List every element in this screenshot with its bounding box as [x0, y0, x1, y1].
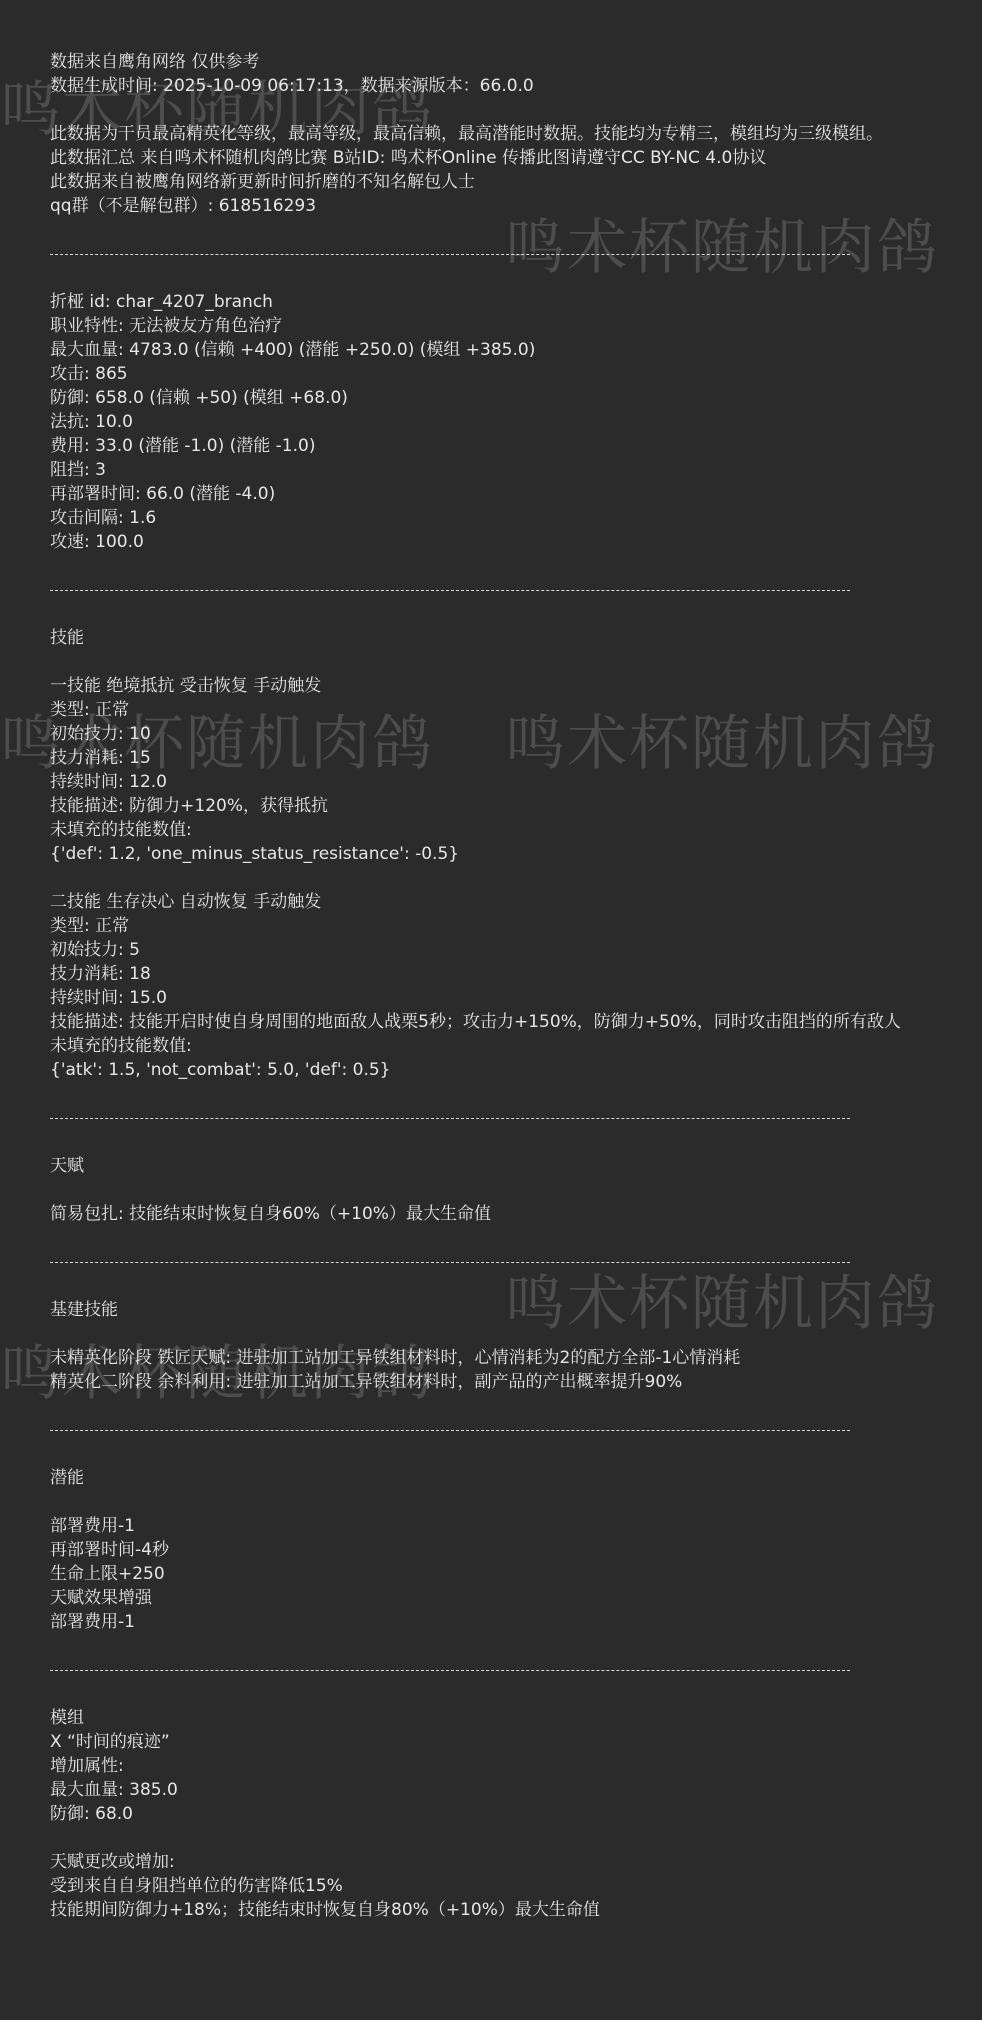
spacer [50, 98, 930, 122]
separator [50, 1106, 930, 1130]
talent-item: 简易包扎: 技能结束时恢复自身60%（+10%）最大生命值 [50, 1202, 930, 1226]
separator [50, 1418, 930, 1442]
skill2-type: 类型: 正常 [50, 914, 930, 938]
module-name: X “时间的痕迹” [50, 1730, 930, 1754]
skill2-sp-cost: 技力消耗: 18 [50, 962, 930, 986]
document: 数据来自鹰角网络 仅供参考 数据生成时间: 2025-10-09 06:17:1… [50, 50, 930, 1922]
module-attr-label: 增加属性: [50, 1754, 930, 1778]
potential-item: 再部署时间-4秒 [50, 1538, 930, 1562]
skill2-description: 技能描述: 技能开启时使自身周围的地面敌人战栗5秒；攻击力+150%，防御力+5… [50, 1010, 905, 1034]
potential-item: 天赋效果增强 [50, 1586, 930, 1610]
spacer [50, 1826, 930, 1850]
spacer [50, 554, 930, 578]
stat-atk: 攻击: 865 [50, 362, 930, 386]
skill2-init-sp: 初始技力: 5 [50, 938, 930, 962]
source-note: 数据来自鹰角网络 仅供参考 [50, 50, 930, 74]
stat-cost: 费用: 33.0 (潜能 -1.0) (潜能 -1.0) [50, 434, 930, 458]
stat-hp: 最大血量: 4783.0 (信赖 +400) (潜能 +250.0) (模组 +… [50, 338, 930, 362]
spacer [50, 1442, 930, 1466]
skill1-description: 技能描述: 防御力+120%，获得抵抗 [50, 794, 930, 818]
spacer [50, 602, 930, 626]
base-skill-item: 未精英化阶段 铁匠天赋: 进驻加工站加工异铁组材料时，心情消耗为2的配方全部-1… [50, 1346, 930, 1370]
spacer [50, 1490, 930, 1514]
spacer [50, 1322, 930, 1346]
skill1-name: 一技能 绝境抵抗 受击恢复 手动触发 [50, 674, 930, 698]
separator [50, 1658, 930, 1682]
module-talent-item: 技能期间防御力+18%；技能结束时恢复自身80%（+10%）最大生命值 [50, 1898, 930, 1922]
operator-trait: 职业特性: 无法被友方角色治疗 [50, 314, 930, 338]
module-heading: 模组 [50, 1706, 930, 1730]
base-skills-heading: 基建技能 [50, 1298, 930, 1322]
skill1-raw-label: 未填充的技能数值: [50, 818, 930, 842]
skill2-duration: 持续时间: 15.0 [50, 986, 930, 1010]
author-note: 此数据来自被鹰角网络新更新时间折磨的不知名解包人士 [50, 170, 930, 194]
skills-heading: 技能 [50, 626, 930, 650]
spacer [50, 1274, 930, 1298]
stat-redeploy: 再部署时间: 66.0 (潜能 -4.0) [50, 482, 930, 506]
spacer [50, 1082, 930, 1106]
base-skill-item: 精英化二阶段 余料利用: 进驻加工站加工异铁组材料时，副产品的产出概率提升90% [50, 1370, 930, 1394]
skill1-sp-cost: 技力消耗: 15 [50, 746, 930, 770]
stat-def: 防御: 658.0 (信赖 +50) (模组 +68.0) [50, 386, 930, 410]
operator-id: 折桠 id: char_4207_branch [50, 290, 930, 314]
qq-group: qq群（不是解包群）: 618516293 [50, 194, 930, 218]
potential-item: 部署费用-1 [50, 1514, 930, 1538]
module-attr-hp: 最大血量: 385.0 [50, 1778, 930, 1802]
stat-speed: 攻速: 100.0 [50, 530, 930, 554]
spacer [50, 266, 930, 290]
spacer [50, 1634, 930, 1658]
skill1-type: 类型: 正常 [50, 698, 930, 722]
stat-interval: 攻击间隔: 1.6 [50, 506, 930, 530]
stat-block: 阻挡: 3 [50, 458, 930, 482]
module-attr-def: 防御: 68.0 [50, 1802, 930, 1826]
license-note: 此数据汇总 来自鸣术杯随机肉鸽比赛 B站ID: 鸣术杯Online 传播此图请遵… [50, 146, 930, 170]
spacer [50, 1226, 930, 1250]
separator [50, 1250, 930, 1274]
spacer [50, 218, 930, 242]
skill1-init-sp: 初始技力: 10 [50, 722, 930, 746]
module-talent-item: 受到来自自身阻挡单位的伤害降低15% [50, 1874, 930, 1898]
spacer [50, 1178, 930, 1202]
spacer [50, 1130, 930, 1154]
separator [50, 578, 930, 602]
potential-item: 部署费用-1 [50, 1610, 930, 1634]
skill2-raw-label: 未填充的技能数值: [50, 1034, 930, 1058]
talent-heading: 天赋 [50, 1154, 930, 1178]
module-talent-label: 天赋更改或增加: [50, 1850, 930, 1874]
spacer [50, 1394, 930, 1418]
generation-time: 数据生成时间: 2025-10-09 06:17:13，数据来源版本：66.0.… [50, 74, 930, 98]
data-scope-note: 此数据为干员最高精英化等级，最高等级，最高信赖，最高潜能时数据。技能均为专精三，… [50, 122, 930, 146]
skill1-duration: 持续时间: 12.0 [50, 770, 930, 794]
spacer [50, 650, 930, 674]
spacer [50, 1682, 930, 1706]
stat-res: 法抗: 10.0 [50, 410, 930, 434]
separator [50, 242, 930, 266]
potential-heading: 潜能 [50, 1466, 930, 1490]
spacer [50, 866, 930, 890]
potential-item: 生命上限+250 [50, 1562, 930, 1586]
skill1-raw-values: {'def': 1.2, 'one_minus_status_resistanc… [50, 842, 930, 866]
skill2-raw-values: {'atk': 1.5, 'not_combat': 5.0, 'def': 0… [50, 1058, 930, 1082]
skill2-name: 二技能 生存决心 自动恢复 手动触发 [50, 890, 930, 914]
